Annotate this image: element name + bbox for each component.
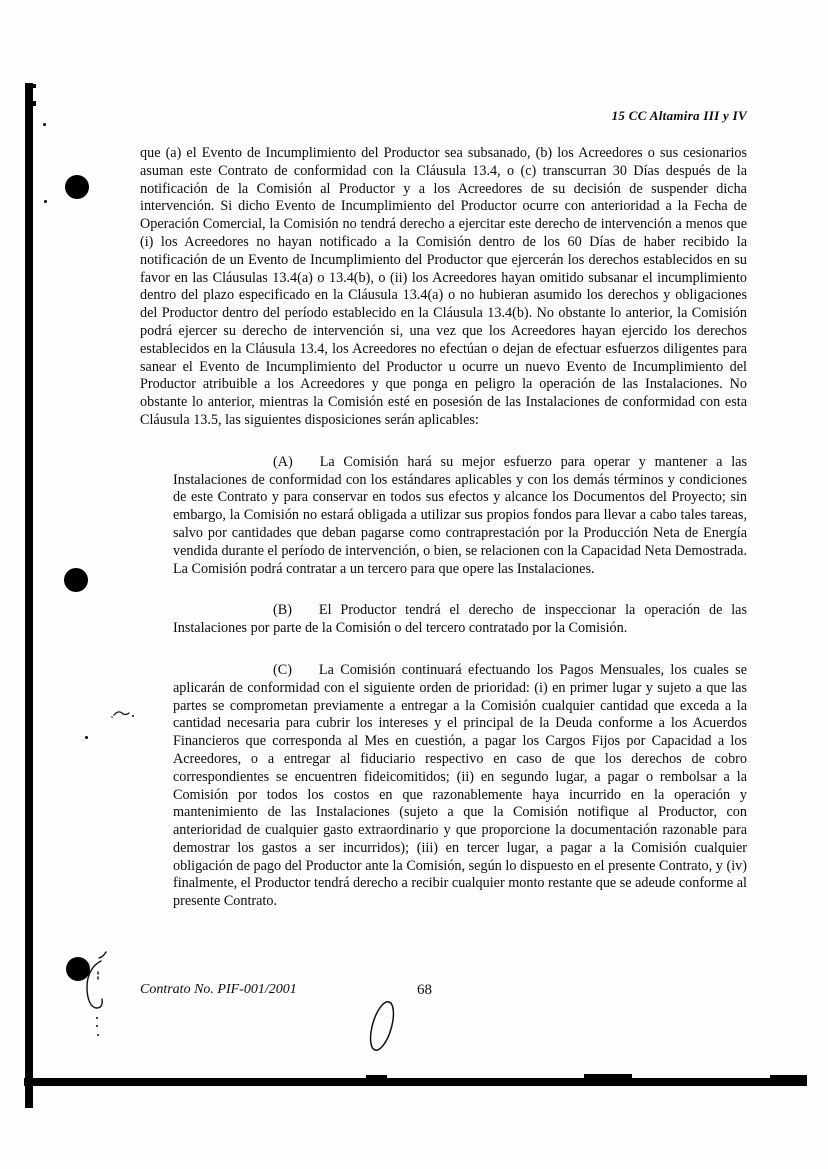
document-body: que (a) el Evento de Incumplimiento del …: [140, 145, 747, 935]
intro-paragraph: que (a) el Evento de Incumplimiento del …: [140, 145, 747, 430]
document-header-reference: 15 CC Altamira III y IV: [612, 108, 747, 124]
scan-bar-notch: [584, 1074, 632, 1078]
page-number: 68: [417, 982, 432, 999]
scan-bar-notch: [770, 1075, 807, 1078]
scan-speckle: [44, 200, 47, 203]
hole-punch-mark: [66, 957, 90, 981]
small-scribble-left-margin: [111, 712, 134, 718]
clause-b-label: (B): [273, 602, 292, 618]
scan-bar-notch: [33, 101, 36, 106]
footer-contract-number: Contrato No. PIF-001/2001: [140, 982, 297, 998]
clause-c-text: La Comisión continuará efectuando los Pa…: [173, 662, 747, 909]
clause-c-label: (C): [273, 662, 292, 678]
clause-a: (A)La Comisión hará su mejor esfuerzo pa…: [173, 454, 747, 579]
clause-c: (C)La Comisión continuará efectuando los…: [173, 662, 747, 911]
scan-bar-notch: [366, 1075, 387, 1078]
clause-b: (B)El Productor tendrá el derecho de ins…: [173, 602, 747, 638]
clause-a-label: (A): [273, 454, 293, 470]
scan-speckle: [85, 736, 88, 739]
scan-speckle: [43, 123, 46, 126]
clause-b-text: El Productor tendrá el derecho de inspec…: [173, 602, 747, 636]
scanned-contract-page: 15 CC Altamira III y IV que (a) el Event…: [0, 0, 828, 1169]
curved-pen-stroke-left: [87, 952, 106, 1036]
scan-edge-bar-bottom: [24, 1078, 807, 1086]
oval-pen-mark-center: [366, 999, 398, 1052]
scan-edge-bar-left: [25, 83, 33, 1108]
hole-punch-mark: [64, 568, 88, 592]
hole-punch-mark: [65, 175, 89, 199]
scan-bar-notch: [33, 84, 36, 88]
clause-a-text: La Comisión hará su mejor esfuerzo para …: [173, 454, 747, 577]
